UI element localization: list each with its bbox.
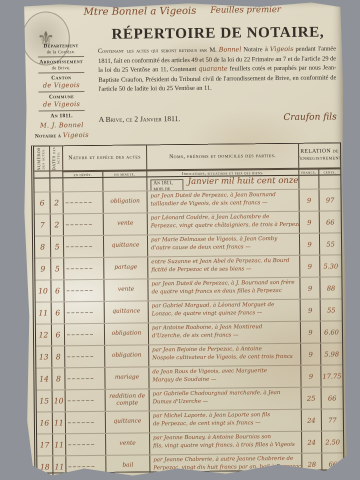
dash-mark [68,422,94,423]
act-nature-cell: obligation [104,323,148,344]
act-description-cell: par Jean Bejoine de Perpezac, à Antoine … [148,344,300,367]
cents-cell: 2.50 [321,431,343,452]
cents-cell: 66 [319,211,341,232]
francs-cell: 9 [299,212,319,233]
month-hand-label: Janvier mil huit cent onze [188,176,299,187]
cents-cell: 88 [319,277,341,298]
act-number-cell: 18 [37,456,52,477]
departement-value: de la Corrèze. [28,49,94,55]
canton-value: de Vigeois [28,81,94,90]
dash-mark [67,334,93,335]
notaire-a-label: Notaire à [35,133,61,139]
cell-empty [298,176,318,189]
cell-empty [49,178,62,191]
description-line-2: de quatre vingt francs en deux filles à … [152,287,298,297]
col-header-nature: Nature et espèce des actes [62,145,146,170]
act-number-cell: 16 [37,412,52,433]
table-row: 6 2 obligation par Jean Duteil de Perpez… [34,188,340,213]
cell-empty [318,175,340,188]
depot-cell [64,346,104,367]
cell-empty [62,178,102,191]
francs-cell: 9 [299,234,319,255]
depot-cell [63,236,103,257]
act-description-cell: par Michel Laporte, à Jean Laporte son f… [149,410,301,433]
description-line-2: de Perpezac, de cent vingt six francs — [153,419,299,429]
top-annotation: Mtre Bonnel a Vigeois Feuilles premier [84,4,338,18]
table-row: 11 6 quittance par Gabriel Morguad, à Lé… [36,298,342,323]
cents-cell: 66 [321,387,343,408]
commune-value: de Vigeois [29,100,95,109]
description-line-2: fils, vingt quatre vingt francs, à trois… [153,441,299,451]
act-nature-cell: bail [105,455,149,476]
act-number-cell: 6 [35,192,50,213]
act-description-cell: par Jeanne Chabrerie, à autre Jeanne Cha… [149,454,301,477]
act-date-cell: 8 [51,368,64,389]
depot-cell [63,258,103,279]
francs-cell: 9 [300,322,320,343]
act-description-cell: entre Suzanne et Jean Abel de Perpezac, … [147,256,299,279]
dash-mark [66,268,92,269]
table-row: 14 8 mariage de Jean Roux de Vigeois, av… [36,364,342,389]
francs-cell: 9 [300,300,320,321]
cents-cell: 66 [321,453,343,474]
table-row: 8 5 quittance par Marie Delmasse de Vige… [35,232,341,257]
table-row: 18 11 bail par Jeanne Chabrerie, à autre… [37,452,343,477]
description-line-2: Dumas d'Uzerche — [153,397,299,407]
description-line-2: taillandier de Vigeois, de six cent fran… [151,199,297,209]
description-line-2: Lonzac, de quatre vingt quinze francs — [152,309,298,319]
act-number-cell: 17 [37,434,52,455]
col-header-parties: Noms, prénoms et domiciles des parties. [146,144,298,170]
divider [38,72,84,73]
month-print-label: An 1811, mois de [150,179,183,190]
act-description-cell: par Léonard Couldre, à Jean Lachambre de… [147,212,299,235]
cents-cell: 17.75 [320,365,342,386]
act-number-cell: 7 [35,214,50,235]
act-nature-cell: quittance [104,301,148,322]
margin-block: Département de la Corrèze. Arrondissemen… [28,43,95,142]
depot-cell [64,302,104,323]
act-date-cell: 2 [50,214,63,235]
dash-mark [67,356,93,357]
description-line-2: Perpezac, vingt quatre châtaigniers, de … [151,221,297,231]
depot-cell [65,390,105,411]
month-cell: An 1811, mois de Janvier mil huit cent o… [146,176,298,191]
act-description-cell: par Gabrielle Chadourgnad marchande, à J… [149,388,301,411]
col-header-francs: francs. [298,169,318,175]
photo-background: { "page_colors": {"background": "#8f9298… [0,0,360,480]
divider [38,91,84,92]
table-row: 7 2 vente par Léonard Couldre, à Jean La… [35,210,341,235]
act-nature-cell: reddition de compte [105,389,149,410]
act-nature-cell: quittance [103,235,147,256]
cents-cell: 5.30 [319,255,341,276]
francs-cell: 9 [300,344,320,365]
francs-cell: 28 [301,454,321,475]
cents-cell: 55 [319,233,341,254]
act-nature-cell: partage [103,257,147,278]
francs-cell: 9 [298,190,318,211]
cell-empty [102,177,146,190]
col-header-numeros-spacer [34,171,49,177]
dash-mark [67,290,93,291]
intro-text-1: Contenant les actes qui seront retenus p… [98,47,217,55]
dash-mark [66,202,92,203]
act-date-cell: 11 [52,434,65,455]
depot-cell [65,412,105,433]
act-date-cell: 8 [51,346,64,367]
francs-cell: 9 [299,256,319,277]
table-row: 16 11 quittance par Michel Laporte, à Je… [37,408,343,433]
intro-hand-2: Vigeois [270,45,294,53]
president-signature: Craufon fils [283,112,336,123]
act-date-cell: 6 [51,324,64,345]
col-header-depot: en dépôt. [62,171,102,177]
francs-cell: 24 [301,410,321,431]
dash-mark [67,312,93,313]
cents-cell: 6.60 [320,321,342,342]
intro-text-2: Notaire à [243,46,268,53]
depot-cell [65,434,105,455]
acts-table: NUMÉROS des actes. DATES des actes. Natu… [31,142,344,473]
dash-mark [68,400,94,401]
act-nature-cell: vente [103,213,147,234]
description-line-2: d'Uzerche, de six cent francs — [152,331,298,341]
act-date-cell: 10 [52,390,65,411]
depot-cell [64,368,104,389]
cents-cell: 77 [321,409,343,430]
act-nature-cell: vente [103,279,147,300]
description-line-2: Perpezac, vingt dix huit francs par an, … [153,463,299,473]
act-nature-cell: obligation [103,191,147,212]
act-description-cell: de Jean Roux de Vigeois, avec Marguerite… [148,366,300,389]
intro-hand-1: Bonnel [219,45,242,53]
cents-cell: 97 [318,189,340,210]
dash-mark [66,224,92,225]
notary-line: M. J. Bonnel [29,121,95,130]
act-description-cell: par Jeanne Bounay, à Antoine Bournias so… [149,432,301,455]
dash-mark [68,466,94,467]
document-sheet: ⚜ Mtre Bonnel a Vigeois Feuilles premier… [22,0,349,477]
act-date-cell: 6 [51,302,64,323]
description-line-1: par Gabrielle Chadourgnad marchande, à J… [153,389,299,399]
arrondissement-value: de Brive. [28,65,94,71]
description-line-2: Nospole cultivateur de Vigeois, de cent … [152,353,298,363]
act-number-cell: 14 [36,368,51,389]
dash-mark [66,246,92,247]
act-description-cell: par Jean Duteil de Perpezac, à Jean Bour… [146,190,298,213]
depot-cell [63,214,103,235]
act-date-cell: 11 [52,456,65,477]
annotation-folio: Feuilles premier [210,5,281,17]
dash-mark [68,444,94,445]
act-number-cell: 15 [37,390,52,411]
notaire-place: Vigeois [63,131,89,139]
act-number-cell: 9 [35,258,50,279]
page-title: RÉPERTOIRE DE NOTAIRE, [96,24,340,44]
dateline-text: A Brive, ce 2 Janvier 1811. [99,114,181,124]
act-date-cell: 11 [52,412,65,433]
depot-cell [65,456,105,477]
col-header-minute: en minute. [102,170,146,176]
act-number-cell: 11 [36,302,51,323]
col-header-dates-spacer [49,171,62,177]
act-description-cell: par Jean Duteil de Perpezac, à J. Bourna… [147,278,299,301]
act-date-cell: 2 [50,192,63,213]
col-header-cents: cents. [318,168,340,174]
table-header-row-1: NUMÉROS des actes. DATES des actes. Natu… [34,143,340,171]
act-description-cell: par Gabriel Morguad, à Léonard Morguet d… [148,300,300,323]
col-header-numeros: NUMÉROS des actes. [34,146,49,170]
table-row: 13 8 obligation par Jean Bejoine de Perp… [36,342,342,367]
intro-paragraph: Contenant les actes qui seront retenus p… [98,44,336,95]
table-row: 17 11 vente par Jeanne Bounay, à Antoine… [37,430,343,455]
year-label: An 1811. [29,113,95,120]
col-header-relation: RELATION de l'enregistrement. [298,143,340,167]
act-number-cell: 8 [35,236,50,257]
act-number-cell: 10 [35,280,50,301]
francs-cell: 25 [301,388,321,409]
table-row: 10 6 vente par Jean Duteil de Perpezac, … [35,276,341,301]
table-row: 9 5 partage entre Suzanne et Jean Abel d… [35,254,341,279]
act-date-cell: 5 [50,258,63,279]
col-header-dates: DATES des actes. [49,146,62,170]
intro-hand-3: quarante [198,65,227,73]
depot-cell [64,324,104,345]
act-date-cell: 5 [50,236,63,257]
dateline-row: A Brive, ce 2 Janvier 1811. Craufon fils [99,112,337,124]
act-number-cell: 13 [36,346,51,367]
francs-cell: 9 [300,366,320,387]
divider [39,110,85,111]
francs-cell: 24 [301,432,321,453]
dash-mark [67,378,93,379]
description-line-2: Marquy de Soudaine — [152,375,298,385]
act-description-cell: par Marie Delmasse de Vigeois, à Jean Co… [147,234,299,257]
annotation-notary-name: Mtre Bonnel a Vigeois [84,6,197,18]
francs-cell: 9 [299,278,319,299]
act-nature-cell: vente [105,433,149,454]
act-nature-cell: obligation [104,345,148,366]
act-date-cell: 6 [50,280,63,301]
depot-cell [63,192,103,213]
divider [38,56,84,57]
table-row: 12 6 obligation par Antoine Roaboine, à … [36,320,342,345]
table-body: 6 2 obligation par Jean Duteil de Perpez… [34,188,343,477]
description-line-2: fictité de Perpezac et de ses biens — [151,265,297,275]
act-number-cell: 12 [36,324,51,345]
act-description-cell: par Antoine Roaboine, à Jean Montireud d… [148,322,300,345]
description-line-2: d'autre cause de deux cent francs — [151,243,297,253]
depot-cell [63,280,103,301]
table-row: 15 10 reddition de compte par Gabrielle … [37,386,343,411]
act-nature-cell: mariage [104,367,148,388]
cents-cell: 55 [320,299,342,320]
cell-empty [34,178,49,191]
cents-cell: 5.98 [320,343,342,364]
act-nature-cell: quittance [105,411,149,432]
